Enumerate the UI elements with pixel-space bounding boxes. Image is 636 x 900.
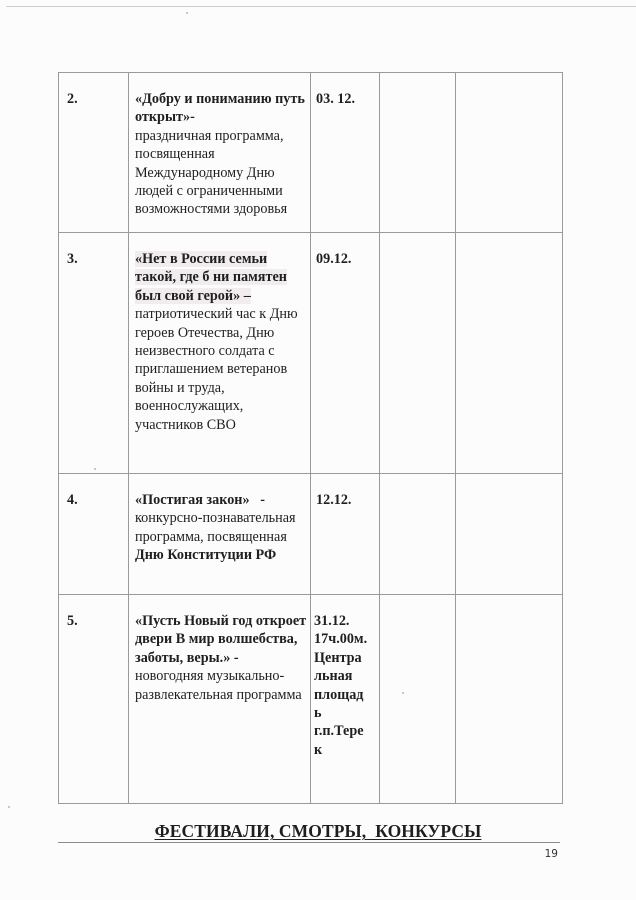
table-row: 5. «Пусть Новый год откроет двери В мир …: [59, 595, 563, 804]
events-table: 2. «Добру и пониманию путь открыт»- праз…: [58, 72, 563, 804]
event-title: «Добру и пониманию путь открыт»-: [135, 91, 305, 125]
event-description: праздничная программа, посвященная Между…: [135, 128, 287, 218]
empty-cell: [456, 73, 563, 233]
cell-text: [380, 233, 455, 250]
event-title-cell: «Добру и пониманию путь открыт»- праздни…: [129, 73, 311, 233]
cell-text: [380, 73, 455, 90]
event-date-cell: 31.12. 17ч.00м. Центра льная площад ь г.…: [311, 595, 380, 804]
scan-edge-line: [6, 6, 636, 7]
footer-divider: [58, 842, 560, 843]
row-number: 4.: [59, 474, 128, 509]
event-location-line: площад: [314, 687, 363, 703]
event-date-line: 31.12.: [314, 613, 349, 629]
empty-cell: [456, 474, 563, 595]
table-row: 4. «Постигая закон» - конкурсно-познават…: [59, 474, 563, 595]
event-description: новогодняя музыкально-развлекательная пр…: [135, 668, 302, 702]
event-title-cell: «Пусть Новый год откроет двери В мир вол…: [129, 595, 311, 804]
event-location-line: льная: [314, 668, 352, 684]
table-row: 3. «Нет в России семьи такой, где б ни п…: [59, 233, 563, 474]
row-number-cell: 5.: [59, 595, 129, 804]
event-time-line: 17ч.00м.: [314, 631, 367, 647]
event-location-line: ь: [314, 705, 322, 721]
empty-cell: [380, 73, 456, 233]
empty-cell: [380, 474, 456, 595]
event-location-line: г.п.Тере: [314, 723, 364, 739]
empty-cell: [380, 233, 456, 474]
cell-text: [380, 595, 455, 612]
scan-speck: [8, 806, 10, 808]
cell-text: [456, 474, 562, 491]
page-number: 19: [545, 848, 558, 860]
event-location-line: к: [314, 742, 322, 758]
section-heading: ФЕСТИВАЛИ, СМОТРЫ, КОНКУРСЫ: [0, 821, 636, 842]
event-title-cell: «Нет в России семьи такой, где б ни памя…: [129, 233, 311, 474]
row-number-cell: 4.: [59, 474, 129, 595]
row-number: 2.: [59, 73, 128, 108]
event-description-bold: Дню Конституции РФ: [135, 547, 276, 563]
event-date-cell: 12.12.: [311, 474, 380, 595]
row-number: 3.: [59, 233, 128, 268]
row-number-cell: 2.: [59, 73, 129, 233]
scan-speck: [186, 12, 188, 14]
empty-cell: [380, 595, 456, 804]
event-date-cell: 03. 12.: [311, 73, 380, 233]
cell-text: [456, 73, 562, 90]
cell-text: [456, 233, 562, 250]
cell-text: [380, 474, 455, 491]
row-number: 5.: [59, 595, 128, 630]
row-number-cell: 3.: [59, 233, 129, 474]
event-location-line: Центра: [314, 650, 362, 666]
event-title: «Нет в России семьи такой, где б ни памя…: [135, 251, 287, 304]
event-description: конкурсно-познавательная программа, посв…: [135, 510, 296, 544]
event-date-line: 12.12.: [316, 492, 351, 508]
empty-cell: [456, 233, 563, 474]
cell-text: [456, 595, 562, 612]
table-row: 2. «Добру и пониманию путь открыт»- праз…: [59, 73, 563, 233]
event-date-cell: 09.12.: [311, 233, 380, 474]
event-title: «Постигая закон» -: [135, 492, 265, 508]
event-title-cell: «Постигая закон» - конкурсно-познаватель…: [129, 474, 311, 595]
empty-cell: [456, 595, 563, 804]
event-description: патриотический час к Дню героев Отечеств…: [135, 306, 298, 432]
event-title: «Пусть Новый год откроет двери В мир вол…: [135, 613, 306, 666]
event-date-line: 03. 12.: [316, 91, 355, 107]
event-date-line: 09.12.: [316, 251, 351, 267]
